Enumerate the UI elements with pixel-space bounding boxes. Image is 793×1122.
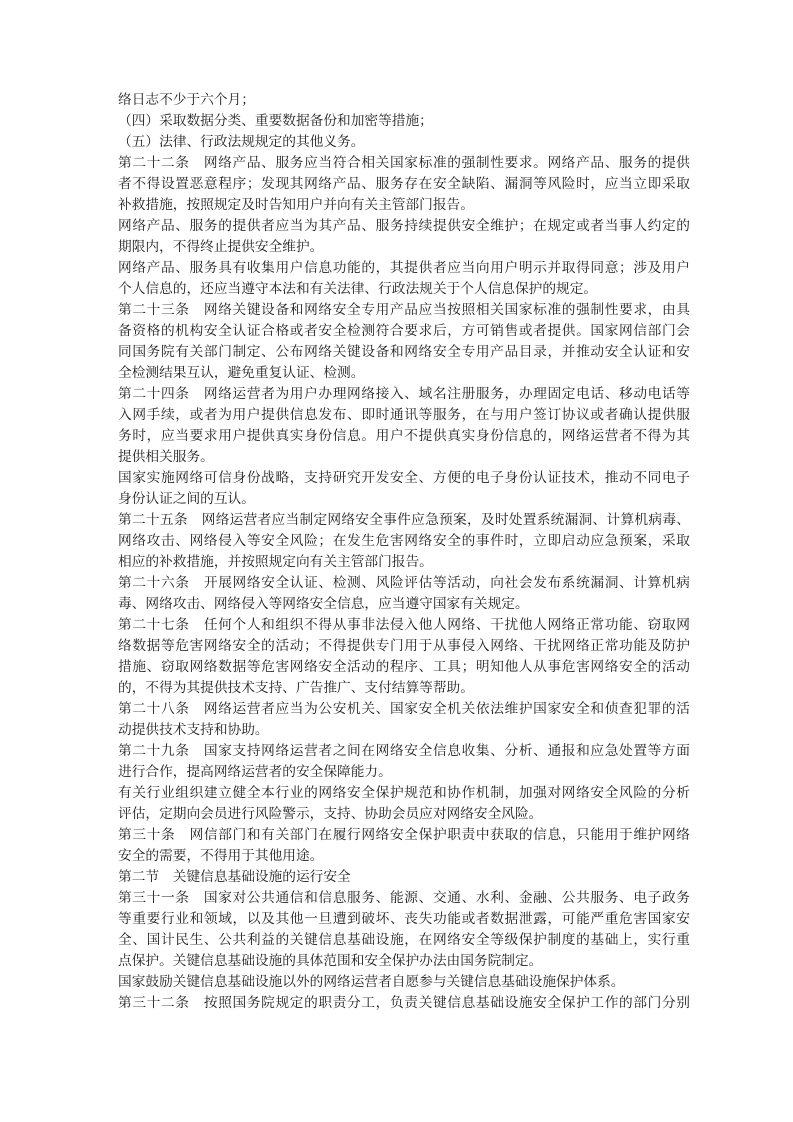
text-line: 等重要行业和领域，以及其他一旦遭到破坏、丧失功能或者数据泄露，可能严重危害国家安	[118, 909, 690, 930]
text-line: 第二十五条 网络运营者应当制定网络安全事件应急预案，及时处置系统漏洞、计算机病毒…	[118, 510, 690, 531]
text-line: 全、国计民生、公共利益的关键信息基础设施，在网络安全等级保护制度的基础上，实行重	[118, 930, 690, 951]
text-line: 络日志不少于六个月；	[118, 90, 690, 111]
text-line: 第二十四条 网络运营者为用户办理网络接入、域名注册服务，办理固定电话、移动电话等	[118, 384, 690, 405]
text-line: 第二十六条 开展网络安全认证、检测、风险评估等活动，向社会发布系统漏洞、计算机病	[118, 573, 690, 594]
text-line: （四）采取数据分类、重要数据备份和加密等措施；	[118, 111, 690, 132]
text-line: 有关行业组织建立健全本行业的网络安全保护规范和协作机制，加强对网络安全风险的分析	[118, 783, 690, 804]
text-line: 第二十九条 国家支持网络运营者之间在网络安全信息收集、分析、通报和应急处置等方面	[118, 741, 690, 762]
text-line: 补救措施，按照规定及时告知用户并向有关主管部门报告。	[118, 195, 690, 216]
text-line: 第二十七条 任何个人和组织不得从事非法侵入他人网络、干扰他人网络正常功能、窃取网	[118, 615, 690, 636]
document-text-block: 络日志不少于六个月；（四）采取数据分类、重要数据备份和加密等措施；（五）法律、行…	[118, 90, 690, 1014]
text-line: 入网手续，或者为用户提供信息发布、即时通讯等服务，在与用户签订协议或者确认提供服	[118, 405, 690, 426]
text-line: 网络产品、服务的提供者应当为其产品、服务持续提供安全维护；在规定或者当事人约定的	[118, 216, 690, 237]
text-line: 全检测结果互认，避免重复认证、检测。	[118, 363, 690, 384]
text-line: 评估，定期向会员进行风险警示，支持、协助会员应对网络安全风险。	[118, 804, 690, 825]
text-line: 相应的补救措施，并按照规定向有关主管部门报告。	[118, 552, 690, 573]
text-line: 第三十一条 国家对公共通信和信息服务、能源、交通、水利、金融、公共服务、电子政务	[118, 888, 690, 909]
text-line: 点保护。关键信息基础设施的具体范围和安全保护办法由国务院制定。	[118, 951, 690, 972]
text-line: 安全的需要，不得用于其他用途。	[118, 846, 690, 867]
text-line: 务时，应当要求用户提供真实身份信息。用户不提供真实身份信息的，网络运营者不得为其	[118, 426, 690, 447]
text-line: 动提供技术支持和协助。	[118, 720, 690, 741]
text-line: 国家实施网络可信身份战略，支持研究开发安全、方便的电子身份认证技术，推动不同电子	[118, 468, 690, 489]
text-line: 络数据等危害网络安全的活动；不得提供专门用于从事侵入网络、干扰网络正常功能及防护	[118, 636, 690, 657]
text-line: 第二十二条 网络产品、服务应当符合相关国家标准的强制性要求。网络产品、服务的提供	[118, 153, 690, 174]
text-line: 第三十二条 按照国务院规定的职责分工，负责关键信息基础设施安全保护工作的部门分别	[118, 993, 690, 1014]
document-page: 络日志不少于六个月；（四）采取数据分类、重要数据备份和加密等措施；（五）法律、行…	[0, 0, 793, 1122]
text-line: 国家鼓励关键信息基础设施以外的网络运营者自愿参与关键信息基础设施保护体系。	[118, 972, 690, 993]
text-line: 第三十条 网信部门和有关部门在履行网络安全保护职责中获取的信息，只能用于维护网络	[118, 825, 690, 846]
text-line: 身份认证之间的互认。	[118, 489, 690, 510]
text-line: 进行合作，提高网络运营者的安全保障能力。	[118, 762, 690, 783]
text-line: 者不得设置恶意程序；发现其网络产品、服务存在安全缺陷、漏洞等风险时，应当立即采取	[118, 174, 690, 195]
text-line: 的，不得为其提供技术支持、广告推广、支付结算等帮助。	[118, 678, 690, 699]
text-line: 第二十三条 网络关键设备和网络安全专用产品应当按照相关国家标准的强制性要求，由具	[118, 300, 690, 321]
text-line: 第二节 关键信息基础设施的运行安全	[118, 867, 690, 888]
text-line: 第二十八条 网络运营者应当为公安机关、国家安全机关依法维护国家安全和侦查犯罪的活	[118, 699, 690, 720]
text-line: 期限内，不得终止提供安全维护。	[118, 237, 690, 258]
text-line: 措施、窃取网络数据等危害网络安全活动的程序、工具；明知他人从事危害网络安全的活动	[118, 657, 690, 678]
text-line: （五）法律、行政法规规定的其他义务。	[118, 132, 690, 153]
text-line: 网络攻击、网络侵入等安全风险；在发生危害网络安全的事件时，立即启动应急预案，采取	[118, 531, 690, 552]
text-line: 备资格的机构安全认证合格或者安全检测符合要求后，方可销售或者提供。国家网信部门会	[118, 321, 690, 342]
text-line: 提供相关服务。	[118, 447, 690, 468]
text-line: 网络产品、服务具有收集用户信息功能的，其提供者应当向用户明示并取得同意；涉及用户	[118, 258, 690, 279]
text-line: 同国务院有关部门制定、公布网络关键设备和网络安全专用产品目录，并推动安全认证和安	[118, 342, 690, 363]
text-line: 个人信息的，还应当遵守本法和有关法律、行政法规关于个人信息保护的规定。	[118, 279, 690, 300]
text-line: 毒、网络攻击、网络侵入等网络安全信息，应当遵守国家有关规定。	[118, 594, 690, 615]
